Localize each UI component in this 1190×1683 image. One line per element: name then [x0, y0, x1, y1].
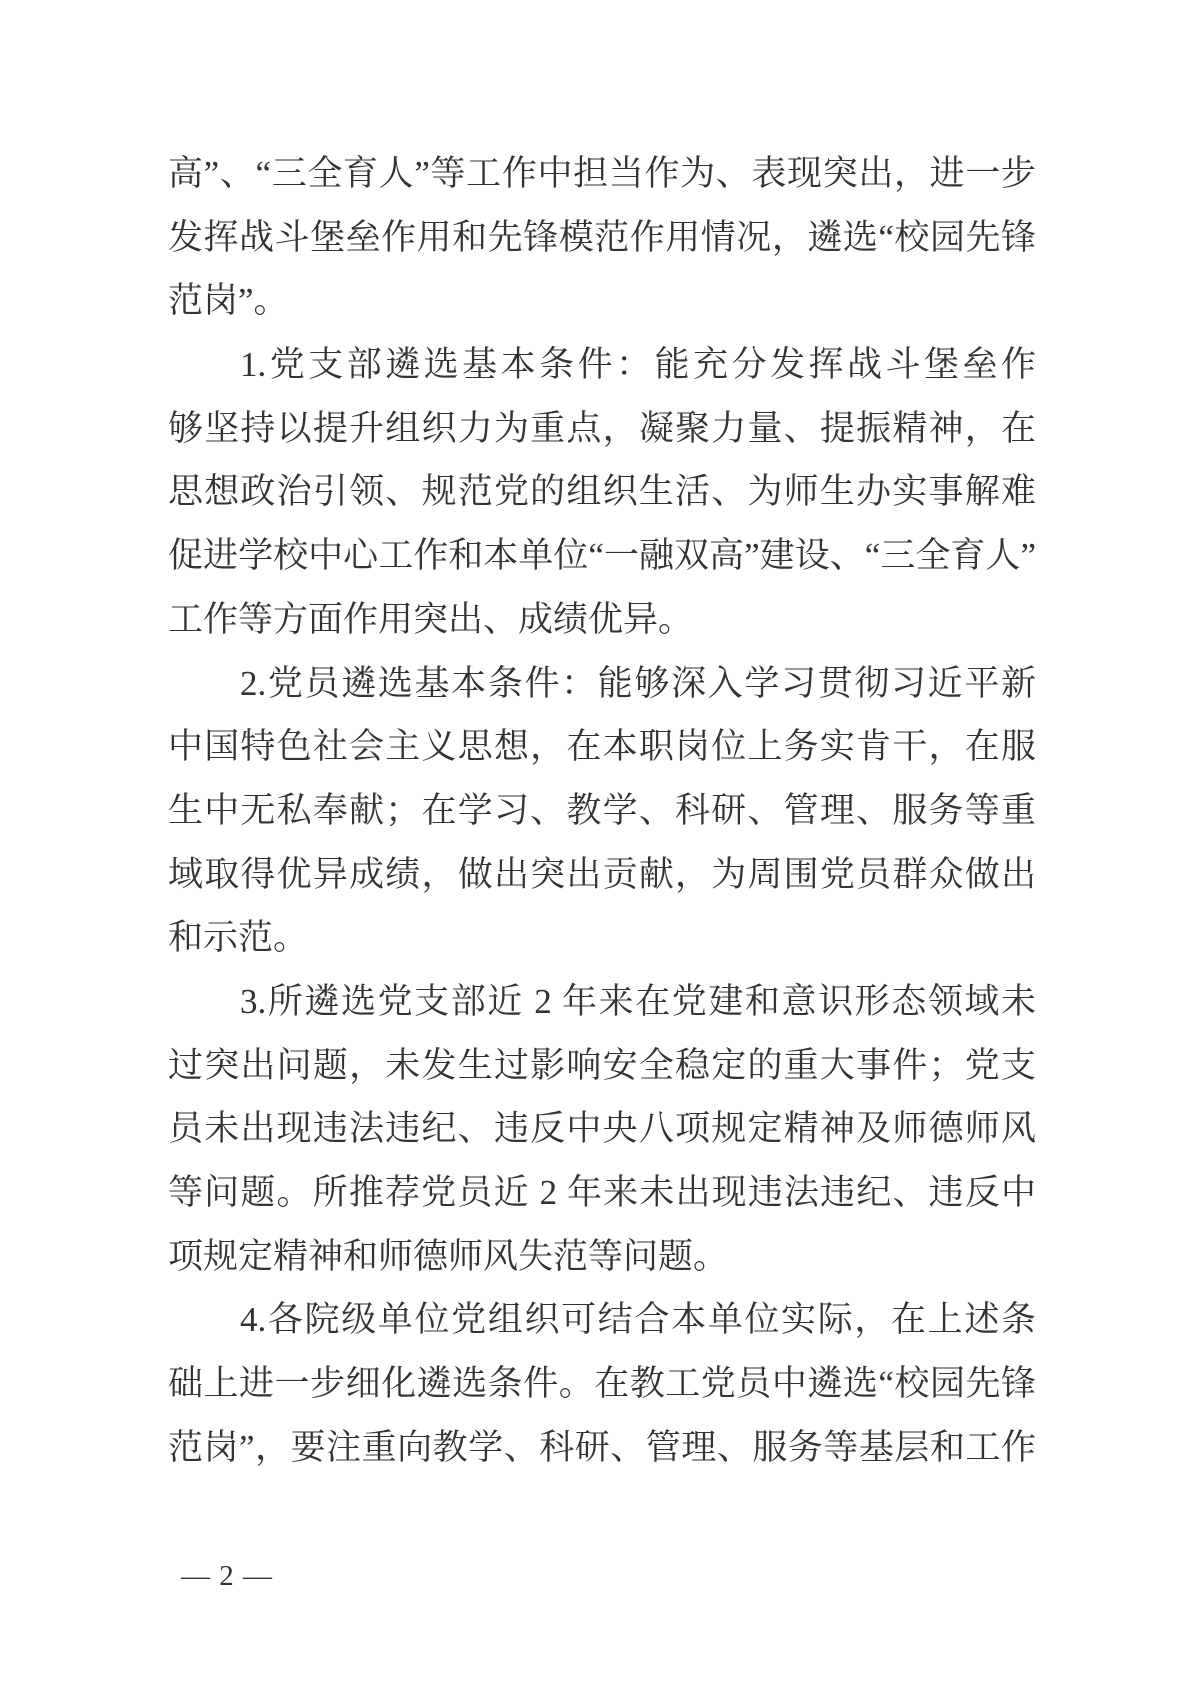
body-text-line: 3.所遴选党支部近 2 年来在党建和意识形态领域未出现: [168, 970, 1036, 1034]
document-page: 高”、“三全育人”等工作中担当作为、表现突出，进一步 发挥战斗堡垒作用和先锋模范…: [0, 0, 1190, 1683]
body-text-line: 发挥战斗堡垒作用和先锋模范作用情况，遴选“校园先锋示: [168, 206, 1036, 270]
body-text-line: 和示范。: [168, 906, 1036, 970]
page-number: — 2 —: [181, 1558, 273, 1594]
body-text-line: 过突出问题，未发生过影响安全稳定的重大事件；党支部成: [168, 1034, 1036, 1098]
body-text-line: 1.党支部遴选基本条件：能充分发挥战斗堡垒作用，能: [168, 333, 1036, 397]
body-text-line: 促进学校中心工作和本单位“一融双高”建设、“三全育人”: [168, 524, 1036, 588]
body-text-line: 础上进一步细化遴选条件。在教工党员中遴选“校园先锋示: [168, 1352, 1036, 1416]
body-text-line: 够坚持以提升组织力为重点，凝聚力量、提振精神，在党员: [168, 397, 1036, 461]
body-text-line: 高”、“三全育人”等工作中担当作为、表现突出，进一步: [168, 142, 1036, 206]
body-text-line: 思想政治引领、规范党的组织生活、为师生办实事解难事、: [168, 460, 1036, 524]
body-text-line: 中国特色社会主义思想，在本职岗位上务实肯干，在服务师: [168, 715, 1036, 779]
body-text-line: 生中无私奉献；在学习、教学、科研、管理、服务等重要领: [168, 779, 1036, 843]
body-text-line: 范岗”，要注重向教学、科研、管理、服务等基层和工作一: [168, 1416, 1036, 1480]
document-body: 高”、“三全育人”等工作中担当作为、表现突出，进一步 发挥战斗堡垒作用和先锋模范…: [168, 142, 1036, 1479]
body-text-line: 工作等方面作用突出、成绩优异。: [168, 588, 1036, 652]
body-text-line: 范岗”。: [168, 269, 1036, 333]
body-text-line: 4.各院级单位党组织可结合本单位实际，在上述条件基: [168, 1288, 1036, 1352]
body-text-line: 2.党员遴选基本条件：能够深入学习贯彻习近平新时代: [168, 652, 1036, 716]
body-text-line: 项规定精神和师德师风失范等问题。: [168, 1225, 1036, 1289]
body-text-line: 域取得优异成绩，做出突出贡献，为周围党员群众做出表率: [168, 843, 1036, 907]
body-text-line: 等问题。所推荐党员近 2 年来未出现违法违纪、违反中央八: [168, 1161, 1036, 1225]
body-text-line: 员未出现违法违纪、违反中央八项规定精神及师德师风失范: [168, 1097, 1036, 1161]
